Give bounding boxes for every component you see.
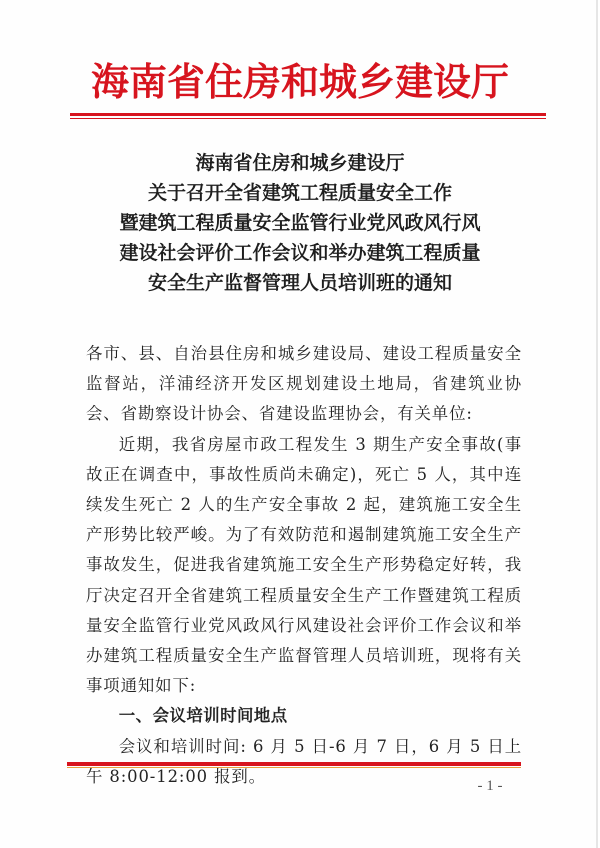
masthead-rule-thin bbox=[70, 118, 546, 119]
title-line: 暨建筑工程质量安全监管行业党风政风行风 bbox=[30, 208, 570, 238]
notice-body: 各市、县、自治县住房和城乡建设局、建设工程质量安全监督站，洋浦经济开发区规划建设… bbox=[86, 339, 522, 792]
title-line: 安全生产监督管理人员培训班的通知 bbox=[30, 268, 570, 298]
title-line: 建设社会评价工作会议和举办建筑工程质量 bbox=[30, 238, 570, 268]
masthead-rule-thick bbox=[70, 113, 546, 116]
paragraph-intro: 近期，我省房屋市政工程发生 3 期生产安全事故(事故正在调查中，事故性质尚未确定… bbox=[86, 430, 522, 702]
title-line: 关于召开全省建筑工程质量安全工作 bbox=[30, 178, 570, 208]
masthead-title: 海南省住房和城乡建设厅 bbox=[60, 58, 540, 106]
footer-rule-thin bbox=[67, 767, 521, 768]
section-heading-1: 一、会议培训时间地点 bbox=[86, 701, 522, 731]
page-number: - 1 - bbox=[460, 778, 520, 795]
title-line: 海南省住房和城乡建设厅 bbox=[30, 148, 570, 178]
document-page: 海南省住房和城乡建设厅 海南省住房和城乡建设厅 关于召开全省建筑工程质量安全工作… bbox=[0, 0, 598, 848]
notice-title: 海南省住房和城乡建设厅 关于召开全省建筑工程质量安全工作 暨建筑工程质量安全监管… bbox=[30, 148, 570, 298]
addressees: 各市、县、自治县住房和城乡建设局、建设工程质量安全监督站，洋浦经济开发区规划建设… bbox=[86, 339, 522, 430]
footer-rule-thick bbox=[67, 762, 521, 766]
